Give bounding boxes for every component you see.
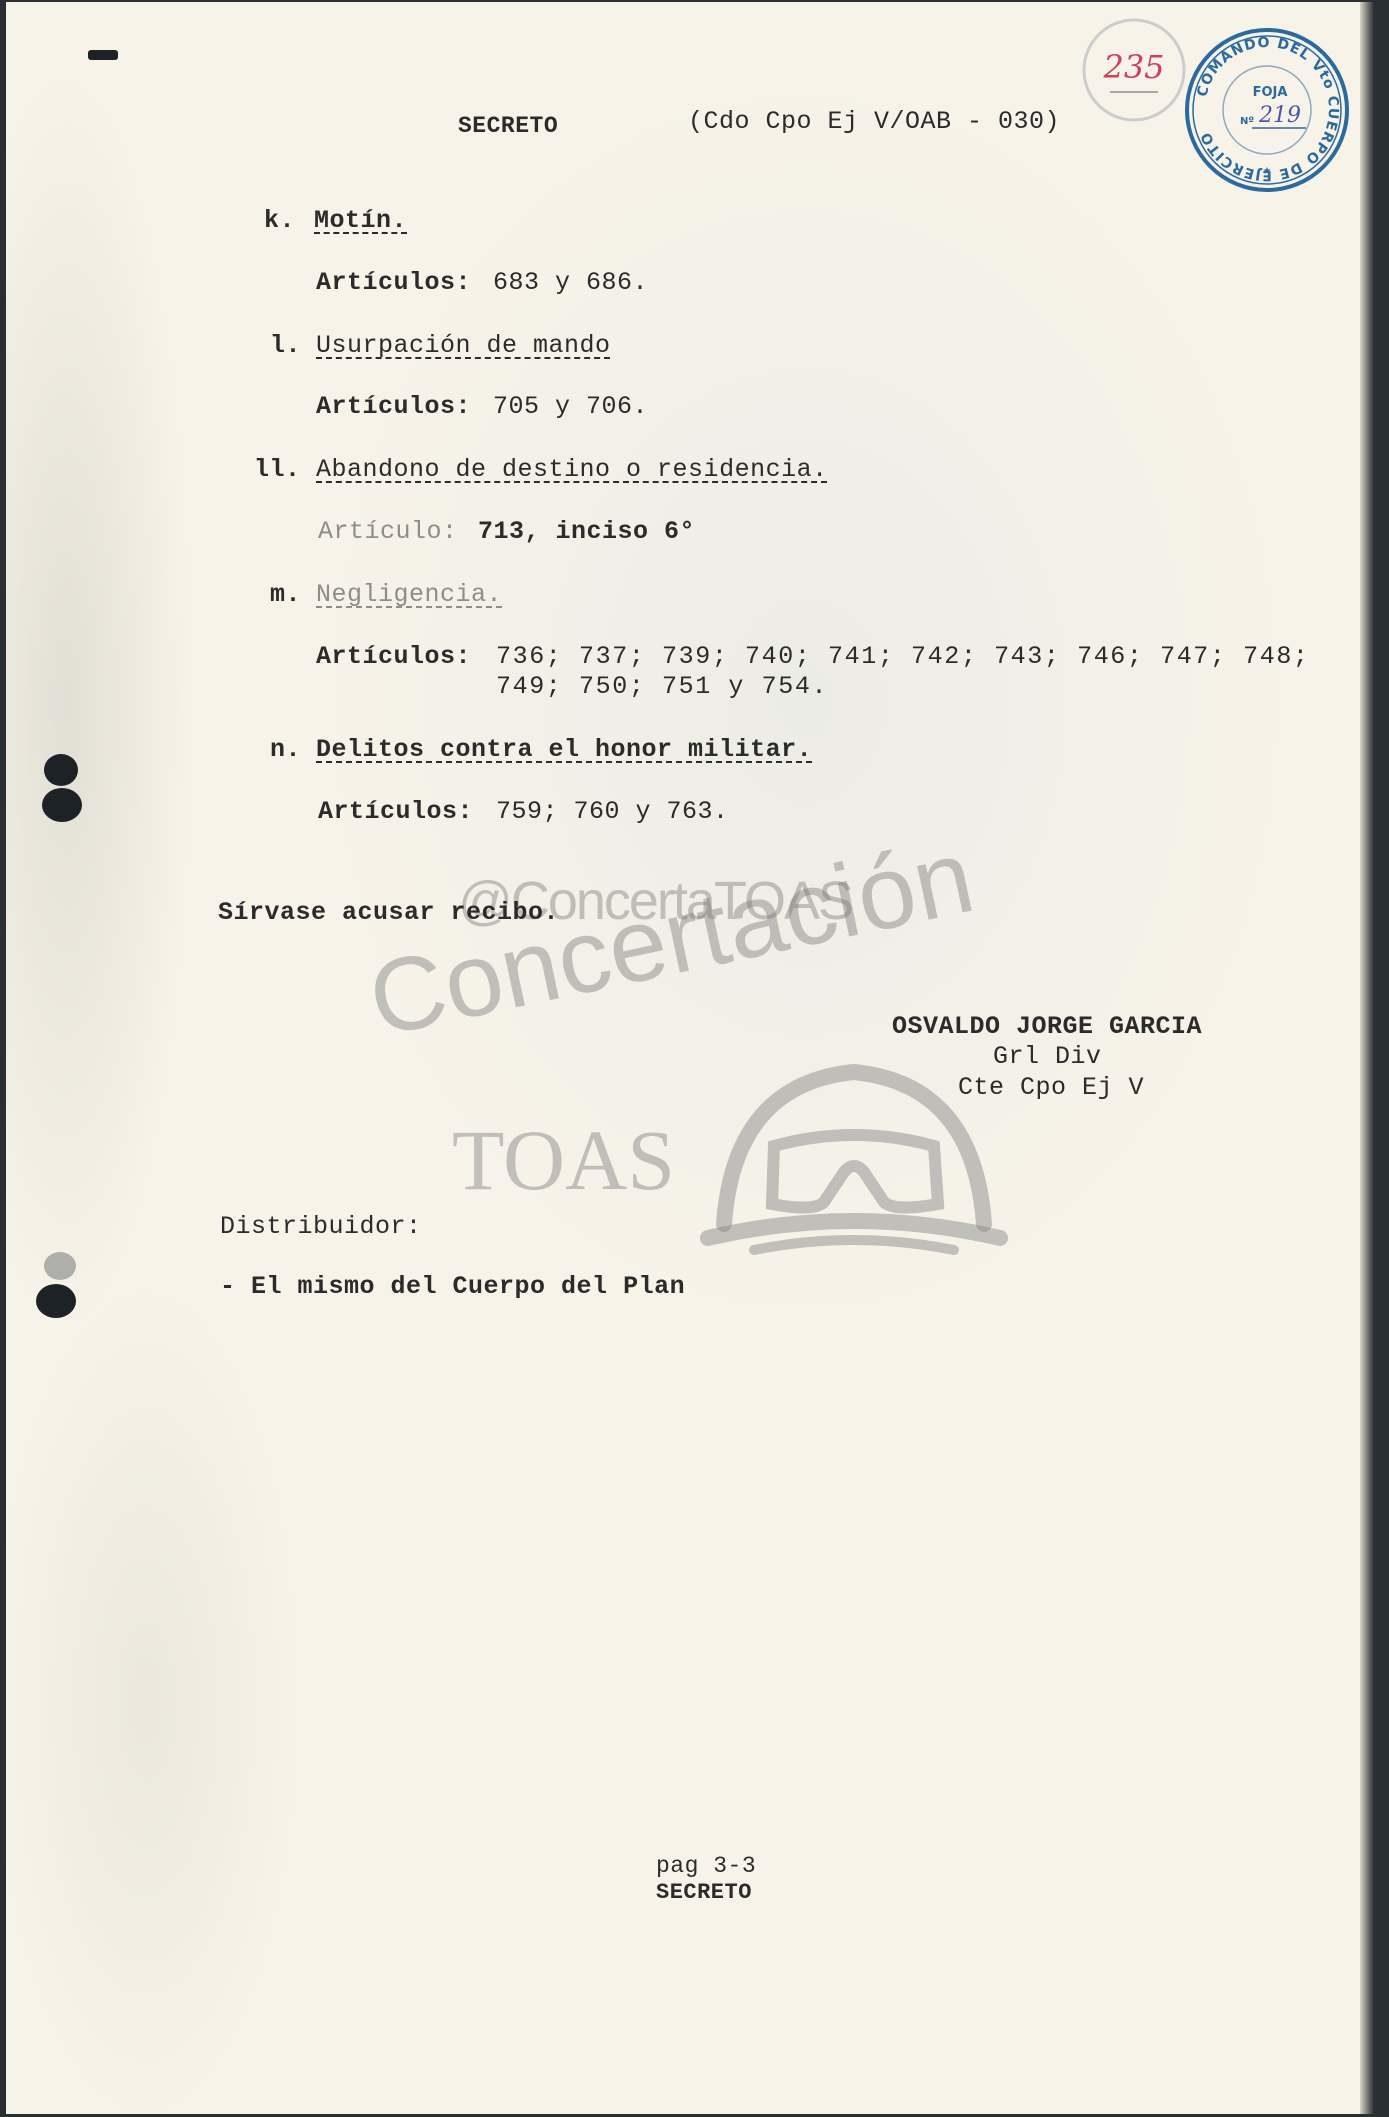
footer-classification: SECRETO xyxy=(656,1880,752,1906)
header-classification: SECRETO xyxy=(458,111,558,141)
folio-number: 235 xyxy=(1102,48,1164,86)
section-title: Delitos contra el honor militar. xyxy=(316,735,812,765)
binder-hole xyxy=(36,1284,76,1318)
ink-mark xyxy=(88,50,118,60)
binder-hole xyxy=(44,1252,76,1280)
section-marker: k. xyxy=(264,206,295,236)
articles-list: 759; 760 y 763. xyxy=(496,797,729,827)
header-reference: (Cdo Cpo Ej V/OAB - 030) xyxy=(688,107,1060,137)
distribution-item: - El mismo del Cuerpo del Plan xyxy=(220,1272,685,1302)
folio-stamp: 235 xyxy=(1076,12,1192,130)
binder-hole xyxy=(42,788,82,822)
section-title: Motín. xyxy=(314,206,407,236)
svg-text:★: ★ xyxy=(1263,166,1272,177)
articles-list: 713, inciso 6° xyxy=(478,517,695,547)
signature-rank: Grl Div xyxy=(993,1042,1102,1072)
watermark-main: Concertación xyxy=(359,817,983,1061)
document-page: SECRETO (Cdo Cpo Ej V/OAB - 030) 235 COM… xyxy=(6,2,1374,2114)
articles-label: Artículos: xyxy=(316,392,471,422)
binder-hole xyxy=(44,754,78,786)
distribution-label: Distribuidor: xyxy=(220,1212,422,1242)
articles-list: 705 y 706. xyxy=(493,392,648,422)
page-edge xyxy=(1360,2,1374,2114)
articles-label: Artículos: xyxy=(316,268,471,298)
articles-label: Artículos: xyxy=(318,797,473,827)
section-marker: ll. xyxy=(254,455,301,485)
section-marker: n. xyxy=(270,735,301,765)
section-title: Usurpación de mando xyxy=(316,331,611,361)
articles-list-continued: 749; 750; 751 y 754. xyxy=(496,672,828,702)
seal-number: 219 xyxy=(1258,103,1301,128)
section-title: Negligencia. xyxy=(316,580,502,610)
footer-page: pag 3-3 xyxy=(656,1853,756,1879)
closing-line: Sírvase acusar recibo. xyxy=(218,898,559,928)
official-seal: COMANDO DEL Vto CUERPO DE EJERCITO FOJA … xyxy=(1182,24,1352,196)
svg-text:Nº: Nº xyxy=(1240,116,1254,127)
watermark-sub: TOAS xyxy=(452,1110,675,1210)
articles-label: Artículos: xyxy=(316,642,471,672)
section-title: Abandono de destino o residencia. xyxy=(316,455,828,485)
articles-list: 683 y 686. xyxy=(493,268,648,298)
articles-list: 736; 737; 739; 740; 741; 742; 743; 746; … xyxy=(496,642,1310,672)
section-marker: m. xyxy=(270,580,301,610)
seal-label: FOJA xyxy=(1253,85,1288,100)
articles-label: Artículo: xyxy=(318,517,458,547)
section-marker: l. xyxy=(270,331,301,361)
signature-name: OSVALDO JORGE GARCIA xyxy=(892,1012,1202,1042)
signature-position: Cte Cpo Ej V xyxy=(958,1073,1144,1103)
